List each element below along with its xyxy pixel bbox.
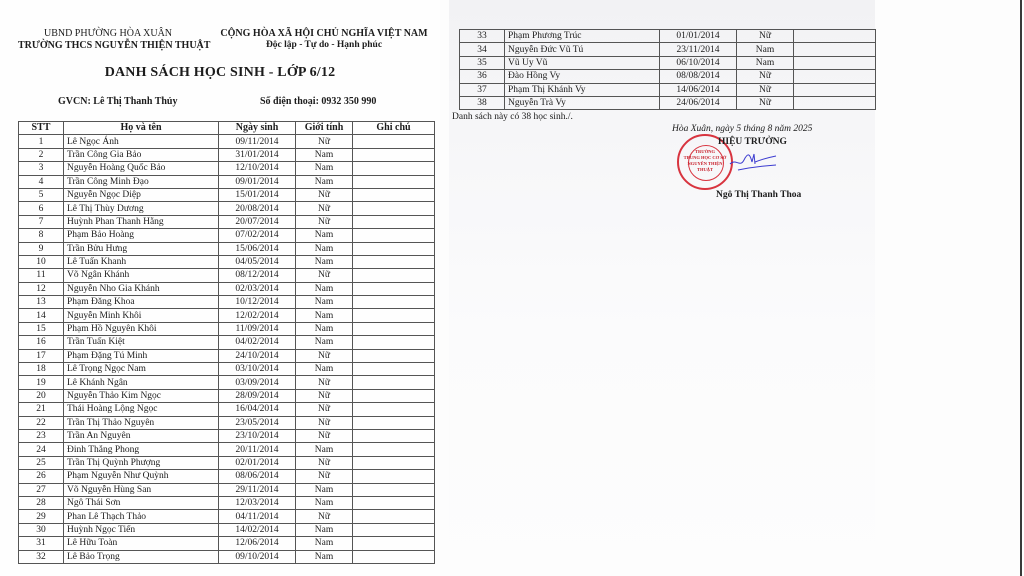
- page-title: DANH SÁCH HỌC SINH - LỚP 6/12: [0, 65, 440, 81]
- row-stt: 25: [19, 456, 64, 469]
- homeroom-teacher: GVCN: Lê Thị Thanh Thủy: [58, 96, 178, 107]
- row-note: [794, 70, 876, 83]
- row-stt: 3: [19, 162, 64, 175]
- row-stt: 19: [19, 376, 64, 389]
- row-note: [353, 389, 435, 402]
- table-row: 28Ngô Thái Sơn12/03/2014Nam: [19, 496, 435, 509]
- table-row: 33Phạm Phương Trúc01/01/2014Nữ: [460, 30, 876, 43]
- row-dob: 23/05/2014: [219, 416, 296, 429]
- table-row: 26Phạm Nguyễn Như Quỳnh08/06/2014Nữ: [19, 470, 435, 483]
- table-row: 15Phạm Hồ Nguyên Khôi11/09/2014Nam: [19, 322, 435, 335]
- row-gender: Nữ: [737, 96, 794, 109]
- row-stt: 36: [460, 70, 505, 83]
- row-stt: 21: [19, 403, 64, 416]
- row-dob: 29/11/2014: [219, 483, 296, 496]
- row-gender: Nam: [296, 322, 353, 335]
- table-row: 21Thái Hoàng Lộng Ngọc16/04/2014Nữ: [19, 403, 435, 416]
- table-row: 22Trần Thị Thảo Nguyên23/05/2014Nữ: [19, 416, 435, 429]
- table-row: 3Nguyễn Hoàng Quốc Bảo12/10/2014Nam: [19, 162, 435, 175]
- row-stt: 12: [19, 282, 64, 295]
- row-dob: 31/01/2014: [219, 148, 296, 161]
- row-stt: 20: [19, 389, 64, 402]
- row-name: Phạm Thị Khánh Vy: [505, 83, 660, 96]
- row-gender: Nam: [296, 148, 353, 161]
- table-row: 38Nguyễn Trà Vy24/06/2014Nữ: [460, 96, 876, 109]
- table-row: 5Nguyễn Ngọc Diệp15/01/2014Nữ: [19, 188, 435, 201]
- row-dob: 12/02/2014: [219, 309, 296, 322]
- row-gender: Nữ: [296, 403, 353, 416]
- table-header-row: STT Họ và tên Ngày sinh Giới tính Ghi ch…: [19, 122, 435, 135]
- row-stt: 24: [19, 443, 64, 456]
- row-stt: 7: [19, 215, 64, 228]
- row-dob: 20/08/2014: [219, 202, 296, 215]
- row-stt: 15: [19, 322, 64, 335]
- table-row: 30Huỳnh Ngọc Tiến14/02/2014Nam: [19, 523, 435, 536]
- row-note: [353, 202, 435, 215]
- row-gender: Nam: [737, 43, 794, 56]
- nation-title: CỘNG HÒA XÃ HỘI CHỦ NGHĨA VIỆT NAM: [210, 28, 438, 39]
- row-gender: Nam: [296, 229, 353, 242]
- row-gender: Nam: [296, 242, 353, 255]
- table-row: 36Đào Hồng Vy08/08/2014Nữ: [460, 70, 876, 83]
- table-row: 17Phạm Đặng Tú Minh24/10/2014Nữ: [19, 349, 435, 362]
- row-gender: Nữ: [296, 188, 353, 201]
- row-gender: Nữ: [296, 202, 353, 215]
- row-dob: 06/10/2014: [660, 56, 737, 69]
- row-gender: Nam: [296, 336, 353, 349]
- row-dob: 12/10/2014: [219, 162, 296, 175]
- row-note: [353, 282, 435, 295]
- table-row: 29Phan Lê Thạch Thảo04/11/2014Nữ: [19, 510, 435, 523]
- row-note: [794, 83, 876, 96]
- row-name: Nguyễn Hoàng Quốc Bảo: [64, 162, 219, 175]
- handwritten-signature: [728, 150, 778, 172]
- row-stt: 23: [19, 429, 64, 442]
- table-row: 8Phạm Bảo Hoàng07/02/2014Nam: [19, 229, 435, 242]
- row-note: [794, 43, 876, 56]
- document-page-1: UBND PHƯỜNG HÒA XUÂN TRƯỜNG THCS NGUYỄN …: [0, 0, 440, 576]
- table-row: 27Võ Nguyễn Hùng San29/11/2014Nam: [19, 483, 435, 496]
- row-name: Phan Lê Thạch Thảo: [64, 510, 219, 523]
- row-note: [353, 242, 435, 255]
- row-name: Lê Trọng Ngọc Nam: [64, 363, 219, 376]
- row-name: Nguyễn Nho Gia Khánh: [64, 282, 219, 295]
- row-note: [794, 96, 876, 109]
- row-gender: Nữ: [737, 83, 794, 96]
- row-name: Võ Ngân Khánh: [64, 269, 219, 282]
- row-gender: Nữ: [296, 135, 353, 148]
- row-gender: Nam: [296, 309, 353, 322]
- table-row: 7Huỳnh Phan Thanh Hằng20/07/2014Nữ: [19, 215, 435, 228]
- row-note: [353, 456, 435, 469]
- row-note: [353, 322, 435, 335]
- teacher-phone: Số điện thoại: 0932 350 990: [260, 96, 376, 107]
- row-name: Phạm Đặng Tú Minh: [64, 349, 219, 362]
- row-gender: Nam: [296, 523, 353, 536]
- table-row: 6Lê Thị Thùy Dương20/08/2014Nữ: [19, 202, 435, 215]
- row-note: [353, 269, 435, 282]
- row-stt: 31: [19, 537, 64, 550]
- row-note: [353, 496, 435, 509]
- student-table-continued: 33Phạm Phương Trúc01/01/2014Nữ34Nguyễn Đ…: [459, 29, 876, 110]
- row-note: [353, 510, 435, 523]
- row-stt: 32: [19, 550, 64, 563]
- row-note: [353, 175, 435, 188]
- row-gender: Nam: [296, 496, 353, 509]
- row-note: [353, 376, 435, 389]
- row-gender: Nữ: [296, 215, 353, 228]
- row-note: [353, 188, 435, 201]
- school-name: TRƯỜNG THCS NGUYỄN THIỆN THUẬT: [18, 40, 198, 51]
- row-stt: 13: [19, 296, 64, 309]
- row-dob: 01/01/2014: [660, 30, 737, 43]
- row-note: [353, 429, 435, 442]
- row-dob: 16/04/2014: [219, 403, 296, 416]
- table-row: 13Phạm Đăng Khoa10/12/2014Nam: [19, 296, 435, 309]
- row-name: Lê Thị Thùy Dương: [64, 202, 219, 215]
- row-dob: 14/06/2014: [660, 83, 737, 96]
- row-dob: 04/05/2014: [219, 255, 296, 268]
- row-stt: 14: [19, 309, 64, 322]
- row-name: Trần Công Minh Đạo: [64, 175, 219, 188]
- row-dob: 12/06/2014: [219, 537, 296, 550]
- row-dob: 03/10/2014: [219, 363, 296, 376]
- table-row: 32Lê Bảo Trọng09/10/2014Nam: [19, 550, 435, 563]
- row-dob: 09/01/2014: [219, 175, 296, 188]
- row-gender: Nữ: [296, 429, 353, 442]
- row-dob: 08/08/2014: [660, 70, 737, 83]
- row-gender: Nam: [296, 282, 353, 295]
- row-name: Nguyễn Trà Vy: [505, 96, 660, 109]
- row-name: Trần Tuấn Kiệt: [64, 336, 219, 349]
- row-dob: 03/09/2014: [219, 376, 296, 389]
- row-dob: 08/06/2014: [219, 470, 296, 483]
- table-row: 14Nguyễn Minh Khôi12/02/2014Nam: [19, 309, 435, 322]
- col-name: Họ và tên: [64, 122, 219, 135]
- table-row: 18Lê Trọng Ngọc Nam03/10/2014Nam: [19, 363, 435, 376]
- row-gender: Nam: [296, 443, 353, 456]
- row-note: [353, 162, 435, 175]
- row-name: Phạm Nguyễn Như Quỳnh: [64, 470, 219, 483]
- row-stt: 1: [19, 135, 64, 148]
- row-name: Thái Hoàng Lộng Ngọc: [64, 403, 219, 416]
- row-name: Phạm Bảo Hoàng: [64, 229, 219, 242]
- row-name: Huỳnh Phan Thanh Hằng: [64, 215, 219, 228]
- row-gender: Nữ: [296, 389, 353, 402]
- row-name: Vũ Uy Vũ: [505, 56, 660, 69]
- row-gender: Nữ: [737, 30, 794, 43]
- row-gender: Nữ: [296, 376, 353, 389]
- row-name: Trần Công Gia Bảo: [64, 148, 219, 161]
- table-row: 12Nguyễn Nho Gia Khánh02/03/2014Nam: [19, 282, 435, 295]
- table-row: 25Trần Thị Quỳnh Phượng02/01/2014Nữ: [19, 456, 435, 469]
- row-gender: Nữ: [296, 416, 353, 429]
- row-stt: 5: [19, 188, 64, 201]
- table-row: 31Lê Hữu Toàn12/06/2014Nam: [19, 537, 435, 550]
- row-gender: Nam: [737, 56, 794, 69]
- row-dob: 15/06/2014: [219, 242, 296, 255]
- row-gender: Nữ: [296, 269, 353, 282]
- row-dob: 23/11/2014: [660, 43, 737, 56]
- row-dob: 20/07/2014: [219, 215, 296, 228]
- row-note: [353, 229, 435, 242]
- row-stt: 9: [19, 242, 64, 255]
- row-stt: 10: [19, 255, 64, 268]
- row-stt: 26: [19, 470, 64, 483]
- row-name: Lê Ngọc Ánh: [64, 135, 219, 148]
- row-gender: Nam: [296, 483, 353, 496]
- row-dob: 11/09/2014: [219, 322, 296, 335]
- row-dob: 14/02/2014: [219, 523, 296, 536]
- window-edge-divider: [1020, 0, 1022, 576]
- row-note: [794, 56, 876, 69]
- row-stt: 2: [19, 148, 64, 161]
- row-dob: 10/12/2014: [219, 296, 296, 309]
- row-name: Lê Tuấn Khanh: [64, 255, 219, 268]
- row-gender: Nam: [296, 175, 353, 188]
- row-note: [353, 470, 435, 483]
- row-name: Lê Bảo Trọng: [64, 550, 219, 563]
- row-stt: 8: [19, 229, 64, 242]
- row-name: Võ Nguyễn Hùng San: [64, 483, 219, 496]
- table-row: 34Nguyễn Đức Vũ Tú23/11/2014Nam: [460, 43, 876, 56]
- row-stt: 6: [19, 202, 64, 215]
- table-row: 24Đinh Thắng Phong20/11/2014Nam: [19, 443, 435, 456]
- row-note: [353, 255, 435, 268]
- row-gender: Nữ: [296, 349, 353, 362]
- row-stt: 16: [19, 336, 64, 349]
- row-stt: 33: [460, 30, 505, 43]
- row-name: Lê Khánh Ngân: [64, 376, 219, 389]
- row-name: Phạm Phương Trúc: [505, 30, 660, 43]
- signature-place-date: Hòa Xuân, ngày 5 tháng 8 năm 2025: [672, 124, 812, 134]
- row-dob: 09/11/2014: [219, 135, 296, 148]
- row-gender: Nam: [296, 363, 353, 376]
- signer-role: HIỆU TRƯỞNG: [718, 137, 787, 147]
- summary-note: Danh sách này có 38 học sinh./.: [452, 112, 573, 122]
- row-dob: 24/10/2014: [219, 349, 296, 362]
- row-name: Phạm Đăng Khoa: [64, 296, 219, 309]
- table-row: 1Lê Ngọc Ánh09/11/2014Nữ: [19, 135, 435, 148]
- table-row: 23Trần An Nguyên23/10/2014Nữ: [19, 429, 435, 442]
- row-dob: 15/01/2014: [219, 188, 296, 201]
- table-row: 9Trần Bửu Hưng15/06/2014Nam: [19, 242, 435, 255]
- row-stt: 27: [19, 483, 64, 496]
- nation-motto: Độc lập - Tự do - Hạnh phúc: [210, 40, 438, 50]
- row-dob: 23/10/2014: [219, 429, 296, 442]
- stamp-text: TRƯỜNG TRUNG HỌC CƠ SỞ NGUYỄN THIỆN THUẬ…: [681, 149, 729, 173]
- row-name: Trần Bửu Hưng: [64, 242, 219, 255]
- row-stt: 29: [19, 510, 64, 523]
- table-row: 19Lê Khánh Ngân03/09/2014Nữ: [19, 376, 435, 389]
- row-note: [353, 416, 435, 429]
- col-dob: Ngày sinh: [219, 122, 296, 135]
- row-stt: 28: [19, 496, 64, 509]
- row-dob: 07/02/2014: [219, 229, 296, 242]
- table-row: 2Trần Công Gia Bảo31/01/2014Nam: [19, 148, 435, 161]
- row-note: [353, 349, 435, 362]
- table-row: 10Lê Tuấn Khanh04/05/2014Nam: [19, 255, 435, 268]
- row-name: Phạm Hồ Nguyên Khôi: [64, 322, 219, 335]
- row-note: [353, 296, 435, 309]
- table-row: 20Nguyễn Thảo Kim Ngọc28/09/2014Nữ: [19, 389, 435, 402]
- row-name: Trần Thị Quỳnh Phượng: [64, 456, 219, 469]
- row-dob: 04/11/2014: [219, 510, 296, 523]
- col-stt: STT: [19, 122, 64, 135]
- row-stt: 38: [460, 96, 505, 109]
- row-stt: 22: [19, 416, 64, 429]
- row-stt: 30: [19, 523, 64, 536]
- row-name: Ngô Thái Sơn: [64, 496, 219, 509]
- col-gender: Giới tính: [296, 122, 353, 135]
- row-name: Huỳnh Ngọc Tiến: [64, 523, 219, 536]
- row-dob: 28/09/2014: [219, 389, 296, 402]
- signer-name: Ngô Thị Thanh Thoa: [716, 190, 801, 200]
- row-name: Nguyễn Ngọc Diệp: [64, 188, 219, 201]
- row-gender: Nữ: [296, 470, 353, 483]
- row-note: [353, 550, 435, 563]
- row-stt: 11: [19, 269, 64, 282]
- row-name: Đào Hồng Vy: [505, 70, 660, 83]
- row-gender: Nam: [296, 550, 353, 563]
- row-dob: 09/10/2014: [219, 550, 296, 563]
- row-note: [353, 483, 435, 496]
- table-row: 11Võ Ngân Khánh08/12/2014Nữ: [19, 269, 435, 282]
- row-name: Đinh Thắng Phong: [64, 443, 219, 456]
- table-row: 16Trần Tuấn Kiệt04/02/2014Nam: [19, 336, 435, 349]
- row-dob: 04/02/2014: [219, 336, 296, 349]
- row-gender: Nữ: [737, 70, 794, 83]
- table-row: 37Phạm Thị Khánh Vy14/06/2014Nữ: [460, 83, 876, 96]
- row-name: Trần Thị Thảo Nguyên: [64, 416, 219, 429]
- table-row: 4Trần Công Minh Đạo09/01/2014Nam: [19, 175, 435, 188]
- row-note: [353, 443, 435, 456]
- row-gender: Nam: [296, 537, 353, 550]
- row-note: [353, 148, 435, 161]
- student-table: STT Họ và tên Ngày sinh Giới tính Ghi ch…: [18, 121, 435, 564]
- row-note: [353, 403, 435, 416]
- row-name: Lê Hữu Toàn: [64, 537, 219, 550]
- row-note: [353, 215, 435, 228]
- row-note: [353, 537, 435, 550]
- row-name: Nguyễn Minh Khôi: [64, 309, 219, 322]
- row-stt: 17: [19, 349, 64, 362]
- row-dob: 08/12/2014: [219, 269, 296, 282]
- row-note: [353, 523, 435, 536]
- row-note: [353, 336, 435, 349]
- row-stt: 4: [19, 175, 64, 188]
- org-name: UBND PHƯỜNG HÒA XUÂN: [18, 28, 198, 39]
- row-gender: Nam: [296, 296, 353, 309]
- row-dob: 20/11/2014: [219, 443, 296, 456]
- row-name: Nguyễn Thảo Kim Ngọc: [64, 389, 219, 402]
- row-name: Nguyễn Đức Vũ Tú: [505, 43, 660, 56]
- row-note: [353, 363, 435, 376]
- row-stt: 35: [460, 56, 505, 69]
- row-note: [353, 309, 435, 322]
- row-name: Trần An Nguyên: [64, 429, 219, 442]
- row-gender: Nữ: [296, 510, 353, 523]
- table-row: 35Vũ Uy Vũ06/10/2014Nam: [460, 56, 876, 69]
- row-stt: 37: [460, 83, 505, 96]
- row-dob: 02/01/2014: [219, 456, 296, 469]
- row-stt: 18: [19, 363, 64, 376]
- row-gender: Nam: [296, 255, 353, 268]
- row-gender: Nữ: [296, 456, 353, 469]
- row-dob: 12/03/2014: [219, 496, 296, 509]
- row-dob: 24/06/2014: [660, 96, 737, 109]
- row-note: [353, 135, 435, 148]
- row-stt: 34: [460, 43, 505, 56]
- row-note: [794, 30, 876, 43]
- row-gender: Nam: [296, 162, 353, 175]
- col-note: Ghi chú: [353, 122, 435, 135]
- row-dob: 02/03/2014: [219, 282, 296, 295]
